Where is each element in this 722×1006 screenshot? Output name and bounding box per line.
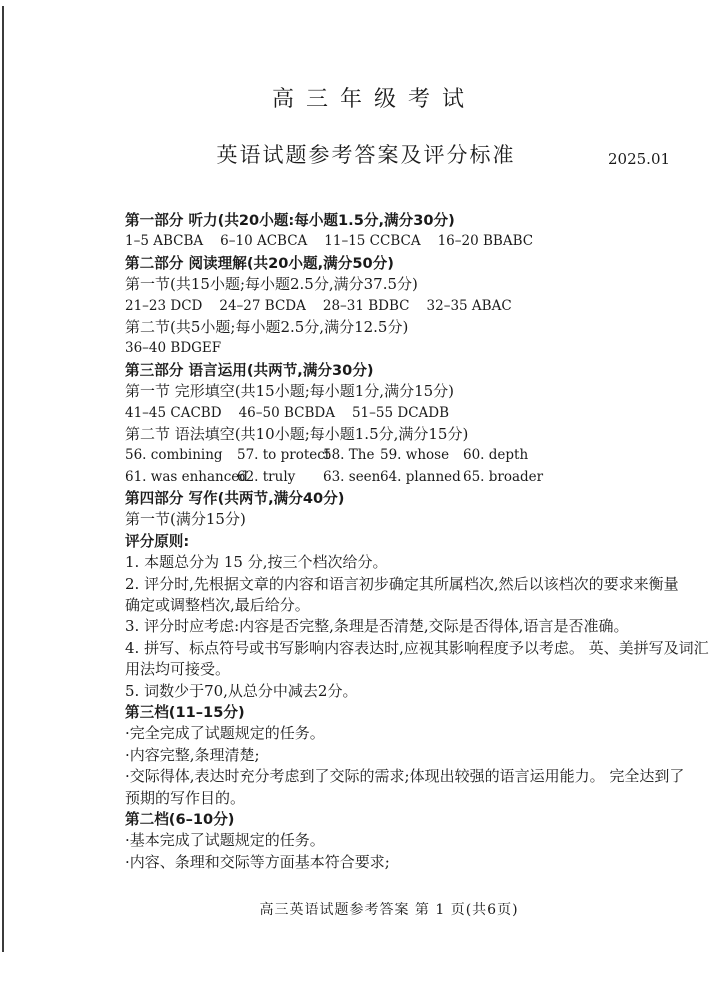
answer-group: 63. seen [323, 467, 380, 488]
scoring-principle-2: 2. 评分时,先根据文章的内容和语言初步确定其所属档次,然后以该档次的要求来衡量 [125, 574, 643, 595]
scoring-principle-4-cont: 用法均可接受。 [125, 659, 643, 680]
scoring-principle-2-cont: 确定或调整档次,最后给分。 [125, 595, 643, 616]
answer-group: 51–55 DCADB [352, 403, 449, 424]
answer-group: 46–50 BCBDA [239, 403, 335, 424]
scanned-answer-key-page: 高三年级考试 英语试题参考答案及评分标准 2025.01 第一部分 听力(共20… [0, 0, 722, 1006]
answer-group: 65. broader [463, 467, 643, 488]
answer-group: 41–45 CACBD [125, 403, 222, 424]
answer-group: 21–23 DCD [125, 296, 202, 317]
tier3-heading: 第三档(11–15分) [125, 702, 643, 723]
answer-group: 28–31 BDBC [323, 296, 410, 317]
answer-group: 6–10 ACBCA [220, 231, 307, 252]
scoring-principle-1: 1. 本题总分为 15 分,按三个档次给分。 [125, 552, 643, 573]
answer-group: 61. was enhanced [125, 467, 237, 488]
exam-date: 2025.01 [608, 150, 670, 168]
tier2-heading: 第二档(6–10分) [125, 809, 643, 830]
part1-listening-heading: 第一部分 听力(共20小题:每小题1.5分,满分30分) [125, 210, 643, 231]
writing-section1-subheading: 第一节(满分15分) [125, 509, 643, 530]
answer-group: 58. The [323, 445, 380, 466]
part4-writing-heading: 第四部分 写作(共两节,满分40分) [125, 488, 643, 509]
exam-title: 高三年级考试 [0, 82, 722, 113]
answer-group: 59. whose [380, 445, 463, 466]
answer-group: 24–27 BCDA [219, 296, 305, 317]
reading-section1-answers-row: 21–23 DCD24–27 BCDA28–31 BDBC32–35 ABAC [125, 296, 643, 317]
page-footer: 高三英语试题参考答案 第 1 页(共6页) [0, 899, 722, 919]
answer-group: 57. to protect [237, 445, 323, 466]
tier3-criterion-1: ·完全完成了试题规定的任务。 [125, 723, 643, 744]
answer-group: 16–20 BBABC [438, 231, 534, 252]
listening-answers-row: 1–5 ABCBA6–10 ACBCA11–15 CCBCA16–20 BBAB… [125, 231, 643, 252]
grammar-answers-row-2: 61. was enhanced62. truly63. seen64. pla… [125, 467, 643, 488]
grammar-fill-subheading: 第二节 语法填空(共10小题;每小题1.5分,满分15分) [125, 424, 643, 445]
reading-section1-subheading: 第一节(共15小题;每小题2.5分,满分37.5分) [125, 274, 643, 295]
answer-group: 60. depth [463, 445, 643, 466]
answer-group: 56. combining [125, 445, 237, 466]
grammar-answers-row-1: 56. combining57. to protect58. The59. wh… [125, 445, 643, 466]
tier2-criterion-1: ·基本完成了试题规定的任务。 [125, 830, 643, 851]
reading-section2-answers: 36–40 BDGEF [125, 338, 643, 359]
cloze-answers-row: 41–45 CACBD46–50 BCBDA51–55 DCADB [125, 403, 643, 424]
answer-group: 62. truly [237, 467, 323, 488]
scoring-principle-5: 5. 词数少于70,从总分中减去2分。 [125, 681, 643, 702]
scoring-principle-4: 4. 拼写、标点符号或书写影响内容表达时,应视其影响程度予以考虑。 英、美拼写及… [125, 638, 643, 659]
answer-group: 36–40 BDGEF [125, 338, 221, 359]
scoring-principle-3: 3. 评分时应考虑:内容是否完整,条理是否清楚,交际是否得体,语言是否准确。 [125, 616, 643, 637]
part2-reading-heading: 第二部分 阅读理解(共20小题,满分50分) [125, 253, 643, 274]
part3-language-use-heading: 第三部分 语言运用(共两节,满分30分) [125, 360, 643, 381]
answer-group: 32–35 ABAC [427, 296, 512, 317]
tier3-criterion-3: ·交际得体,表达时充分考虑到了交际的需求;体现出较强的语言运用能力。 完全达到了 [125, 766, 643, 787]
answer-group: 11–15 CCBCA [324, 231, 420, 252]
tier3-criterion-2: ·内容完整,条理清楚; [125, 745, 643, 766]
scoring-principles-heading: 评分原则: [125, 531, 643, 552]
answer-group: 1–5 ABCBA [125, 231, 203, 252]
tier3-criterion-3-cont: 预期的写作目的。 [125, 788, 643, 809]
answer-group: 64. planned [380, 467, 463, 488]
reading-section2-subheading: 第二节(共5小题;每小题2.5分,满分12.5分) [125, 317, 643, 338]
answer-key-body: 第一部分 听力(共20小题:每小题1.5分,满分30分)1–5 ABCBA6–1… [125, 210, 643, 873]
tier2-criterion-2: ·内容、条理和交际等方面基本符合要求; [125, 852, 643, 873]
cloze-subheading: 第一节 完形填空(共15小题;每小题1分,满分15分) [125, 381, 643, 402]
